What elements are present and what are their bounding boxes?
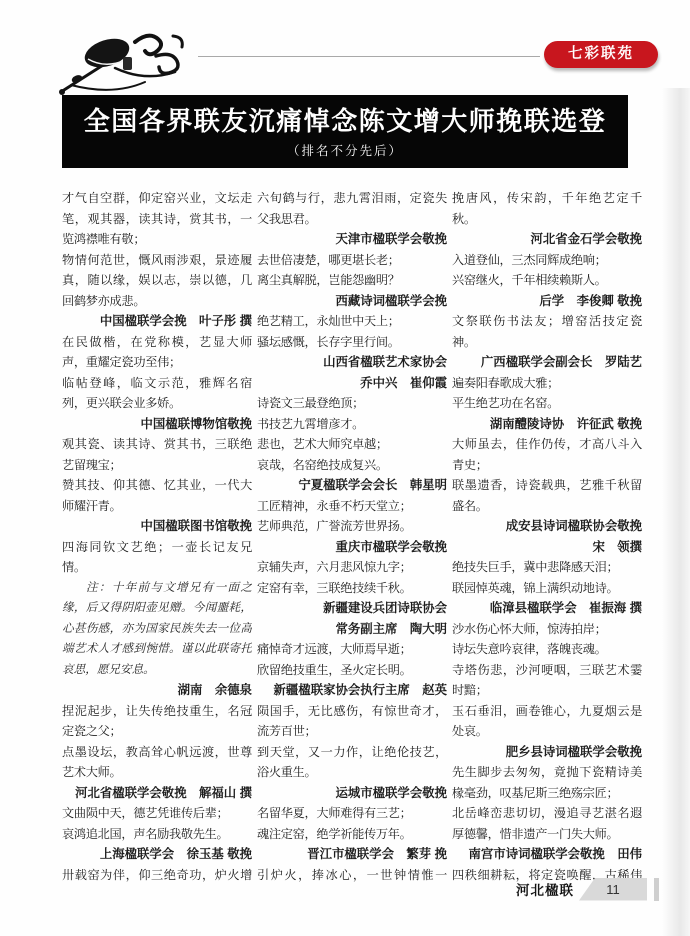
attribution-line: 南宫市诗词楹联学会敬挽 田伟 [452, 844, 642, 865]
couplet-line: 离尘真解脱，岂能怨幽明？ [257, 270, 447, 291]
couplet-line: 大师虽去，佳作仍传，才高八斗入青史； [452, 434, 642, 475]
couplet-line: 哀哉，名窑绝技成复兴。 [257, 455, 447, 476]
content-columns: 才气自空群，仰定窑兴业，文坛走笔，观其器，读其诗，赏其书，一览鸿襟唯有敬；物情何… [62, 188, 642, 885]
attribution-line: 上海楹联学会 徐玉基 敬挽 [62, 844, 252, 865]
note-paragraph: 注：十年前与文增兄有一面之缘，后又得阴阳壶见赠。今闻噩耗，心甚伤感，亦为国家民族… [62, 578, 252, 681]
attribution-line: 中国楹联学会挽 叶子彤 撰 [62, 311, 252, 332]
couplet-line: 挽唐风，传宋韵，千年绝艺定千秋。 [452, 188, 642, 229]
couplet-line: 点墨设坛，教高耸心帆远渡，世尊艺术大师。 [62, 742, 252, 783]
couplet-line: 名留华夏，大师难得有三艺； [257, 803, 447, 824]
page-number: 11 [606, 882, 620, 897]
couplet-line: 去世倍凄楚，哪更堪长老； [257, 250, 447, 271]
attribution-line: 中国楹联博物馆敬挽 [62, 414, 252, 435]
attribution-line: 宋 领撰 [452, 537, 642, 558]
couplet-line: 沙水伤心怀大师，惊涛拍岸； [452, 619, 642, 640]
couplet-line: 北岳峰峦悲切切，漫追寻艺湛名遐厚德馨，惜非遗产一门失大师。 [452, 803, 642, 844]
attribution-line: 湖南醴陵诗协 许征武 敬挽 [452, 414, 642, 435]
page-title: 全国各界联友沉痛悼念陈文增大师挽联选登 [62, 95, 628, 136]
attribution-line: 临漳县楹联学会 崔振海 撰 [452, 598, 642, 619]
couplet-line: 文曲陨中天，德艺凭谁传后辈； [62, 803, 252, 824]
couplet-line: 定窑有幸，三联绝技续千秋。 [257, 578, 447, 599]
attribution-line: 重庆市楹联学会敬挽 [257, 537, 447, 558]
journal-name: 河北楹联 [516, 879, 574, 899]
attribution-line: 肥乡县诗词楹联学会敬挽 [452, 742, 642, 763]
couplet-line: 物情何范世，慨风雨涉艰，景迹履真，随以缘，娱以志，崇以德，几回鹤梦亦成悲。 [62, 250, 252, 312]
footer-end-bar [654, 878, 659, 901]
couplet-line: 书技艺九霄增彦才。 [257, 414, 447, 435]
couplet-line: 欣留绝技重生，圣火定长明。 [257, 660, 447, 681]
couplet-line: 平生绝艺功在名窑。 [452, 393, 642, 414]
attribution-line: 成安县诗词楹联协会敬挽 [452, 516, 642, 537]
page-number-tab: 11 [579, 878, 647, 901]
attribution-line: 新疆建设兵团诗联协会 [257, 598, 447, 619]
couplet-line: 京辅失声，六月悲风惊九字； [257, 557, 447, 578]
couplet-line: 玉石垂泪，画卷锥心，九夏烟云是处哀。 [452, 701, 642, 742]
attribution-line: 宁夏楹联学会会长 韩星明 [257, 475, 447, 496]
couplet-line: 捏泥起步，让失传绝技重生，名冠定瓷之父； [62, 701, 252, 742]
attribution-line: 中国楹联图书馆敬挽 [62, 516, 252, 537]
text-column-1: 才气自空群，仰定窑兴业，文坛走笔，观其器，读其诗，赏其书，一览鸿襟唯有敬；物情何… [62, 188, 252, 885]
attribution-line: 河北省金石学会敬挽 [452, 229, 642, 250]
attribution-line: 天津市楹联学会敬挽 [257, 229, 447, 250]
couplet-line: 绝艺精工，永灿世中天上； [257, 311, 447, 332]
attribution-line: 湖南 余德泉 [62, 680, 252, 701]
text-column-2: 六旬鹤与行，悲九霄泪雨，定瓷失父我思君。天津市楹联学会敬挽去世倍凄楚，哪更堪长老… [257, 188, 447, 885]
header-rule [198, 56, 540, 57]
couplet-line: 诗坛失意吟哀律，落魄丧魂。 [452, 639, 642, 660]
couplet-line: 寺塔伤悲，沙河哽咽，三联艺术霎时黯； [452, 660, 642, 701]
couplet-line: 才气自空群，仰定窑兴业，文坛走笔，观其器，读其诗，赏其书，一览鸿襟唯有敬； [62, 188, 252, 250]
couplet-line: 哀鸿追北国，声名励我敬先生。 [62, 824, 252, 845]
attribution-line: 运城市楹联学会敬挽 [257, 783, 447, 804]
attribution-line: 新疆楹联家协会执行主席 赵英 [257, 680, 447, 701]
couplet-line: 引炉火，捧冰心，一世钟情惟一物； [257, 865, 447, 886]
couplet-line: 先生脚步去匆匆，竟抛下瓷精诗美椽毫劲，叹基尼斯三绝殇宗匠； [452, 762, 642, 803]
couplet-line: 文祭联伤书法友；增窑活技定瓷神。 [452, 311, 642, 352]
attribution-line: 河北省楹联学会敬挽 解福山 撰 [62, 783, 252, 804]
couplet-line: 遍奏阳春歌成大雅； [452, 373, 642, 394]
page-footer: 河北楹联 11 [516, 877, 659, 901]
attribution-line: 晋江市楹联学会 繁芽 挽 [257, 844, 447, 865]
page-edge-shade [662, 88, 690, 936]
ink-flourish-ornament-icon [55, 26, 195, 100]
magazine-page: 七彩联苑 全国各界联友沉痛悼念陈文增大师挽联选登 （排名不分先后） 才气自空群，… [0, 0, 690, 936]
couplet-line: 六旬鹤与行，悲九霄泪雨，定瓷失父我思君。 [257, 188, 447, 229]
couplet-line: 赞其技、仰其德、忆其业，一代大师耀汗青。 [62, 475, 252, 516]
attribution-line: 山西省楹联艺术家协会 [257, 352, 447, 373]
couplet-line: 陨国手，无比感伤，有惊世奇才，流芳百世； [257, 701, 447, 742]
couplet-line: 痛悼奇才远渡，大师焉早逝； [257, 639, 447, 660]
couplet-line: 联园悼英魂，锦上满织动地诗。 [452, 578, 642, 599]
couplet-line: 四海同钦文艺绝；一壶长记友兄情。 [62, 537, 252, 578]
attribution-line: 广西楹联学会副会长 罗陆艺 [452, 352, 642, 373]
couplet-line: 联墨遗香，诗瓷载典，艺雅千秋留盛名。 [452, 475, 642, 516]
ranking-note: （排名不分先后） [62, 141, 628, 159]
section-badge: 七彩联苑 [544, 41, 658, 68]
couplet-line: 绝技失巨手，冀中悲降感天泪； [452, 557, 642, 578]
couplet-line: 入道登仙，三杰同辉成绝响； [452, 250, 642, 271]
text-column-3: 挽唐风，传宋韵，千年绝艺定千秋。河北省金石学会敬挽入道登仙，三杰同辉成绝响；兴窑… [452, 188, 642, 885]
couplet-line: 兴窑继火，千年相续赖斯人。 [452, 270, 642, 291]
couplet-line: 临帖登峰，临文示范，雅辉名宿列，更兴联会业多娇。 [62, 373, 252, 414]
couplet-line: 骚坛感慨，长存字里行间。 [257, 332, 447, 353]
couplet-line: 卅载窑为伴，仰三绝奇功，炉火增光文焕彩； [62, 865, 252, 886]
couplet-line: 观其瓷、读其诗、赏其书，三联绝艺留瑰宝； [62, 434, 252, 475]
couplet-line: 魂注定窑，绝学祈能传万年。 [257, 824, 447, 845]
attribution-line: 后学 李俊卿 敬挽 [452, 291, 642, 312]
couplet-line: 在民做楷，在党称模，艺显大师声，重耀定瓷功至伟； [62, 332, 252, 373]
title-banner: 全国各界联友沉痛悼念陈文增大师挽联选登 （排名不分先后） [62, 95, 628, 168]
couplet-line: 艺师典范，广誉流芳世界扬。 [257, 516, 447, 537]
attribution-line: 常务副主席 陶大明 [257, 619, 447, 640]
couplet-line: 到天堂，又一力作，让绝伦技艺，浴火重生。 [257, 742, 447, 783]
attribution-line: 乔中兴 崔仰霞 [257, 373, 447, 394]
couplet-line: 悲也，艺术大师究卓越； [257, 434, 447, 455]
couplet-line: 工匠精神，永垂不朽天堂立； [257, 496, 447, 517]
attribution-line: 西藏诗词楹联学会挽 [257, 291, 447, 312]
couplet-line: 诗瓷文三最登绝顶； [257, 393, 447, 414]
